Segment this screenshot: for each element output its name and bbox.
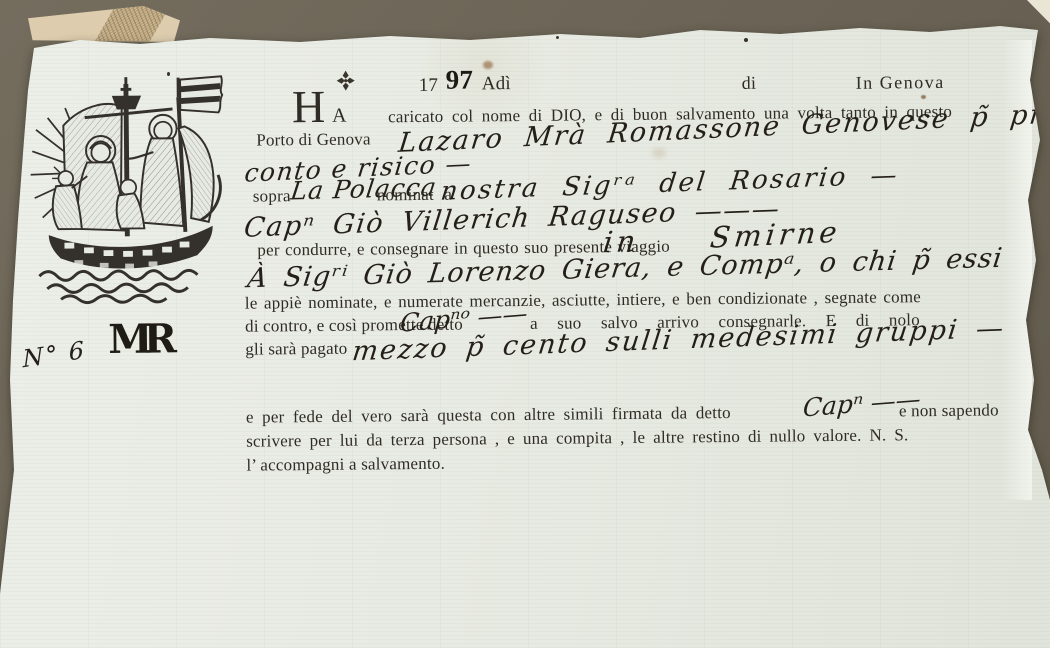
printed-scrivere-per-lui: scrivere per lui da terza persona , e un… xyxy=(246,425,908,451)
woodcut-holy-family-in-ship xyxy=(30,73,237,325)
laid-paper: 17 97 Adì di In Genova xyxy=(0,0,1050,648)
di-label: di xyxy=(742,73,757,94)
bill-of-lading-sheet: 17 97 Adì di In Genova xyxy=(0,0,1050,648)
printed-form-content: 17 97 Adì di In Genova xyxy=(0,0,1050,648)
printed-accompagni: l’ accompagni a salvamento. xyxy=(246,454,445,476)
printed-e-per-fede: e per fede del vero sarà questa con altr… xyxy=(246,403,731,428)
handwritten-number-mark: N° 6 xyxy=(22,336,86,374)
year-printed: 17 xyxy=(419,75,439,97)
faint-stain xyxy=(652,148,666,158)
printed-porto-di-genova: Porto di Genova xyxy=(256,129,371,150)
adi-label: Adì xyxy=(482,73,511,95)
document-photo: 17 97 Adì di In Genova xyxy=(0,0,1050,648)
speck xyxy=(744,38,748,42)
ink-stain xyxy=(483,61,493,69)
flag-and-right-mast xyxy=(178,76,223,232)
speck xyxy=(167,72,170,76)
printed-sopra: sopra xyxy=(253,186,291,206)
foxing-spot xyxy=(921,95,926,99)
year-handstamped: 97 xyxy=(446,64,474,95)
waves xyxy=(39,270,197,303)
speck xyxy=(556,36,559,39)
drop-cap-A: A xyxy=(332,105,347,128)
cross-fleury-ornament-icon xyxy=(336,70,356,97)
drop-cap-H: H xyxy=(292,86,326,128)
christ-child-figure xyxy=(116,180,144,229)
printed-e-non-sapendo: e non sapendo xyxy=(899,400,999,421)
printed-gli-sara-pagato: gli sarà pagato xyxy=(245,339,347,360)
printer-monogram: MR xyxy=(108,315,168,363)
place-label: In Genova xyxy=(856,72,945,94)
